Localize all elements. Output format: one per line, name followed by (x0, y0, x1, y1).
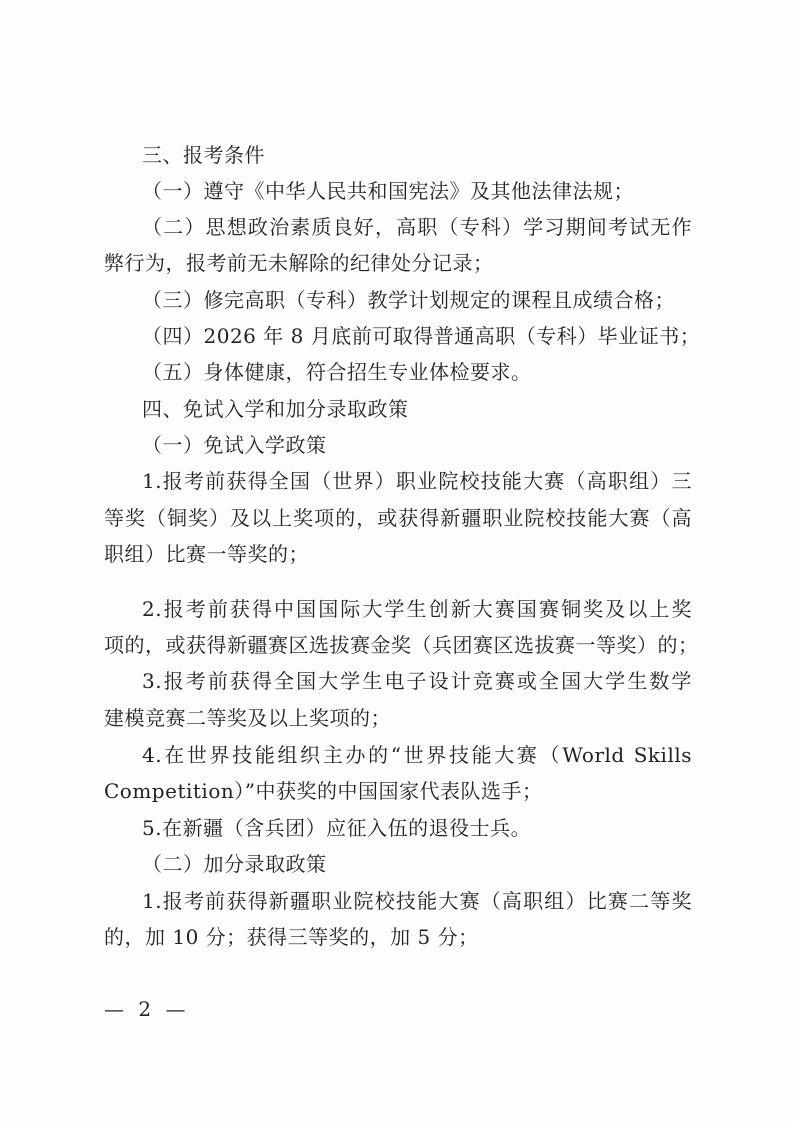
subsection-title-bonus: （二）加分录取政策 (142, 850, 692, 878)
condition-item-4: （四）2026 年 8 月底前可取得普通高职（专科）毕业证书； (142, 322, 692, 350)
exemption-line-2: 等奖（铜奖）及以上奖项的，或获得新疆职业院校技能大赛（高 (104, 504, 692, 532)
condition-item-2-cont: 弊行为，报考前无未解除的纪律处分记录； (104, 249, 692, 277)
condition-item-2: （二）思想政治素质良好，高职（专科）学习期间考试无作 (142, 213, 692, 241)
document-page: 三、报考条件 （一）遵守《中华人民共和国宪法》及其他法律法规； （二）思想政治素… (0, 0, 793, 1121)
exemption-line-7: 建模竞赛二等奖及以上奖项的； (104, 704, 692, 732)
page-number: — 2 — (104, 997, 189, 1021)
subsection-title-exemption: （一）免试入学政策 (142, 431, 692, 459)
section-heading-policy: 四、免试入学和加分录取政策 (142, 395, 730, 423)
exemption-line-5: 项的，或获得新疆赛区选拔赛金奖（兵团赛区选拔赛一等奖）的； (104, 631, 692, 659)
exemption-line-10: 5.在新疆（含兵团）应征入伍的退役士兵。 (142, 814, 692, 842)
exemption-line-9: Competition）”中获奖的中国国家代表队选手； (104, 777, 692, 805)
exemption-line-4: 2.报考前获得中国国际大学生创新大赛国赛铜奖及以上奖 (142, 595, 692, 623)
condition-item-3: （三）修完高职（专科）教学计划规定的课程且成绩合格； (142, 286, 692, 314)
exemption-line-6: 3.报考前获得全国大学生电子设计竞赛或全国大学生数学 (142, 667, 692, 695)
exemption-line-3: 职组）比赛一等奖的； (104, 540, 692, 568)
exemption-line-8: 4.在世界技能组织主办的“世界技能大赛（World Skills (142, 741, 692, 769)
condition-item-5: （五）身体健康，符合招生专业体检要求。 (142, 358, 692, 386)
exemption-line-1: 1.报考前获得全国（世界）职业院校技能大赛（高职组）三 (142, 467, 692, 495)
bonus-line-1: 1.报考前获得新疆职业院校技能大赛（高职组）比赛二等奖 (142, 887, 692, 915)
condition-item-1: （一）遵守《中华人民共和国宪法》及其他法律法规； (142, 177, 692, 205)
section-heading-conditions: 三、报考条件 (142, 141, 730, 169)
bonus-line-2: 的，加 10 分；获得三等奖的，加 5 分； (104, 923, 692, 951)
